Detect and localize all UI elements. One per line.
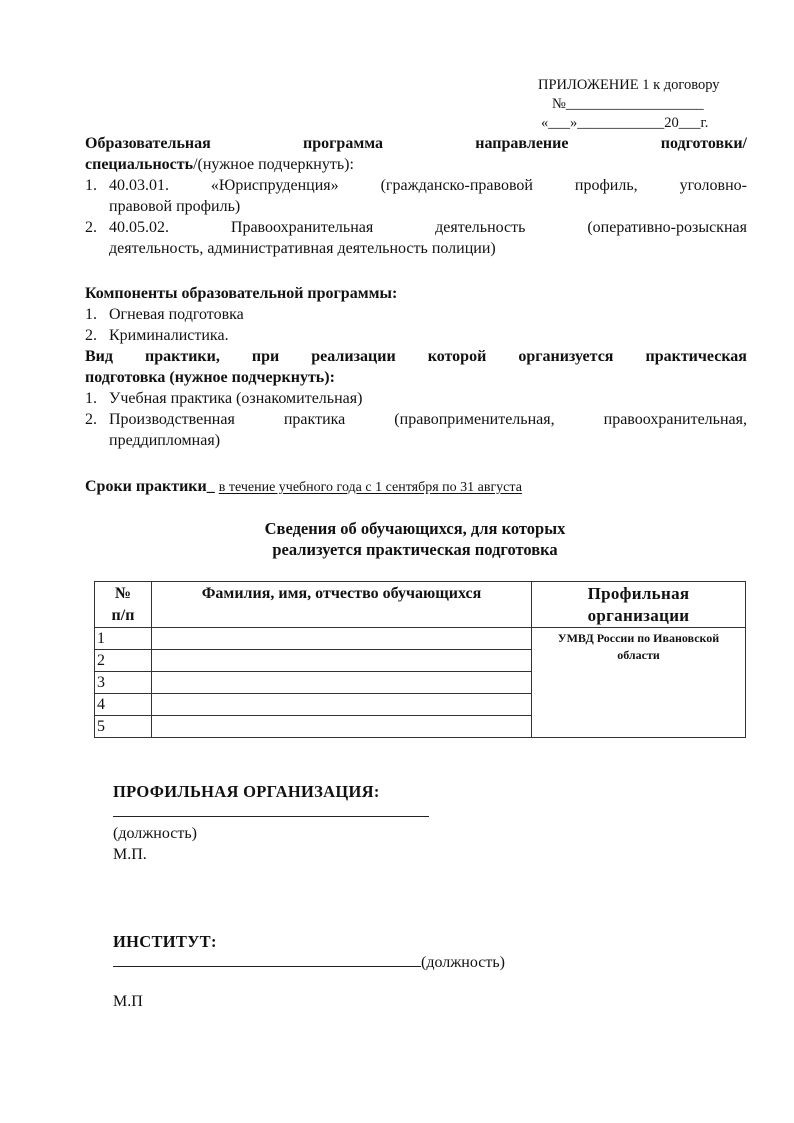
row-number: 5 [95, 716, 152, 738]
component-text: Огневая подготовка [109, 306, 244, 323]
program-title-specialty: специальность [85, 156, 193, 173]
program-item-2: 2. 40.05.02. Правоохранительная деятельн… [85, 217, 747, 259]
practice-title-word: Вид [85, 346, 113, 367]
profile-org-stamp: М.П. [113, 844, 429, 865]
row-number: 1 [95, 628, 152, 650]
institute-position: (должность) [421, 954, 505, 971]
terms-label: Сроки практики [85, 478, 207, 495]
practice-type-title-line2: подготовка (нужное подчеркнуть): [85, 367, 747, 388]
practice-type-text: Учебная практика (ознакомительная) [109, 390, 362, 407]
institute-stamp: М.П [113, 991, 505, 1012]
practice-type-word: Производственная [109, 409, 235, 430]
practice-type-word: правоохранительная, [604, 409, 747, 430]
contract-date-line: «___»____________20___г. [520, 114, 750, 133]
profile-org-position: (должность) [113, 823, 429, 844]
program-item-continuation: правовой профиль) [109, 196, 747, 217]
program-item-word: (гражданско-правовой [381, 175, 533, 196]
program-title-word: подготовки/ [661, 133, 747, 154]
program-item-word: деятельность [435, 217, 525, 238]
components-section: Компоненты образовательной программы: 1.… [85, 283, 747, 451]
signature-line [113, 804, 429, 817]
program-item-word: 40.05.02. [109, 217, 169, 238]
practice-title-word: при [252, 346, 279, 367]
organization-cell: УМВД России по Ивановской области [532, 628, 746, 738]
components-title: Компоненты образовательной программы: [85, 283, 747, 304]
table-header-row: № п/п Фамилия, имя, отчество обучающихся… [95, 582, 746, 628]
row-number: 2 [95, 650, 152, 672]
institute-title: ИНСТИТУТ: [113, 931, 505, 952]
terms-separator: _ [207, 478, 215, 495]
students-table: № п/п Фамилия, имя, отчество обучающихся… [94, 581, 746, 738]
component-text: Криминалистика. [109, 327, 229, 344]
student-name-cell[interactable] [152, 672, 532, 694]
list-number: 1. [85, 304, 97, 325]
signature-line-wrap [113, 802, 429, 823]
program-title-line2: специальность/(нужное подчеркнуть): [85, 154, 747, 175]
header-number: № п/п [95, 582, 152, 628]
list-number: 2. [85, 409, 97, 430]
program-item-continuation: деятельность, административная деятельно… [109, 238, 747, 259]
program-item-word: 40.03.01. [109, 175, 169, 196]
practice-type-continuation: преддипломная) [109, 430, 747, 451]
row-number: 3 [95, 672, 152, 694]
practice-title-word: организуется [518, 346, 613, 367]
practice-type-item-1: 1. Учебная практика (ознакомительная) [85, 388, 747, 409]
program-title-word: Образовательная [85, 133, 211, 154]
practice-type-title-line1: Вид практики, при реализации которой орг… [85, 346, 747, 367]
appendix-title: ПРИЛОЖЕНИЕ 1 к договору [520, 76, 750, 95]
program-title-note: /(нужное подчеркнуть): [193, 156, 354, 173]
program-item-word: «Юриспруденция» [211, 175, 339, 196]
students-section-title: Сведения об обучающихся, для которых реа… [0, 518, 794, 560]
practice-title-word: которой [428, 346, 487, 367]
program-item-word: (оперативно-розыскная [587, 217, 747, 238]
practice-type-item-2: 2. Производственная практика (правоприме… [85, 409, 747, 451]
header-org-line2: организации [536, 605, 741, 627]
practice-title-word: практики, [145, 346, 220, 367]
component-item: 1. Огневая подготовка [85, 304, 747, 325]
list-number: 2. [85, 325, 97, 346]
practice-title-word: практическая [645, 346, 746, 367]
list-number: 2. [85, 217, 97, 238]
students-title-line2: реализуется практическая подготовка [0, 539, 794, 560]
profile-org-title: ПРОФИЛЬНАЯ ОРГАНИЗАЦИЯ: [113, 781, 429, 802]
row-number: 4 [95, 694, 152, 716]
program-title-line1: Образовательная программа направление по… [85, 133, 747, 154]
header-org-line1: Профильная [536, 583, 741, 605]
student-name-cell[interactable] [152, 650, 532, 672]
header-student-name: Фамилия, имя, отчество обучающихся [152, 582, 532, 628]
terms-value: в течение учебного года с 1 сентября по … [219, 480, 522, 495]
contract-number-line: №___________________ [520, 95, 750, 114]
list-number: 1. [85, 388, 97, 409]
students-title-line1: Сведения об обучающихся, для которых [0, 518, 794, 539]
student-name-cell[interactable] [152, 694, 532, 716]
appendix-header: ПРИЛОЖЕНИЕ 1 к договору №_______________… [520, 76, 750, 133]
component-item: 2. Криминалистика. [85, 325, 747, 346]
practice-title-word: реализации [311, 346, 395, 367]
student-name-cell[interactable] [152, 628, 532, 650]
header-number-line2: п/п [99, 605, 147, 627]
signature-line [113, 954, 421, 967]
list-number: 1. [85, 175, 97, 196]
program-section: Образовательная программа направление по… [85, 133, 747, 259]
practice-type-word: (правоприменительная, [394, 409, 554, 430]
header-number-line1: № [99, 583, 147, 605]
practice-type-word: практика [284, 409, 345, 430]
institute-signature-row: (должность) [113, 952, 505, 973]
program-item-1: 1. 40.03.01. «Юриспруденция» (гражданско… [85, 175, 747, 217]
program-title-word: программа [303, 133, 383, 154]
terms-line: Сроки практики_ в течение учебного года … [85, 476, 747, 498]
student-name-cell[interactable] [152, 716, 532, 738]
program-item-word: Правоохранительная [231, 217, 373, 238]
header-organization: Профильная организации [532, 582, 746, 628]
institute-signature-block: ИНСТИТУТ: (должность) М.П [113, 931, 505, 1012]
program-item-word: профиль, [575, 175, 638, 196]
program-title-word: направление [475, 133, 568, 154]
table-row: 1 УМВД России по Ивановской области [95, 628, 746, 650]
profile-org-signature-block: ПРОФИЛЬНАЯ ОРГАНИЗАЦИЯ: (должность) М.П. [113, 781, 429, 865]
program-item-word: уголовно- [680, 175, 747, 196]
